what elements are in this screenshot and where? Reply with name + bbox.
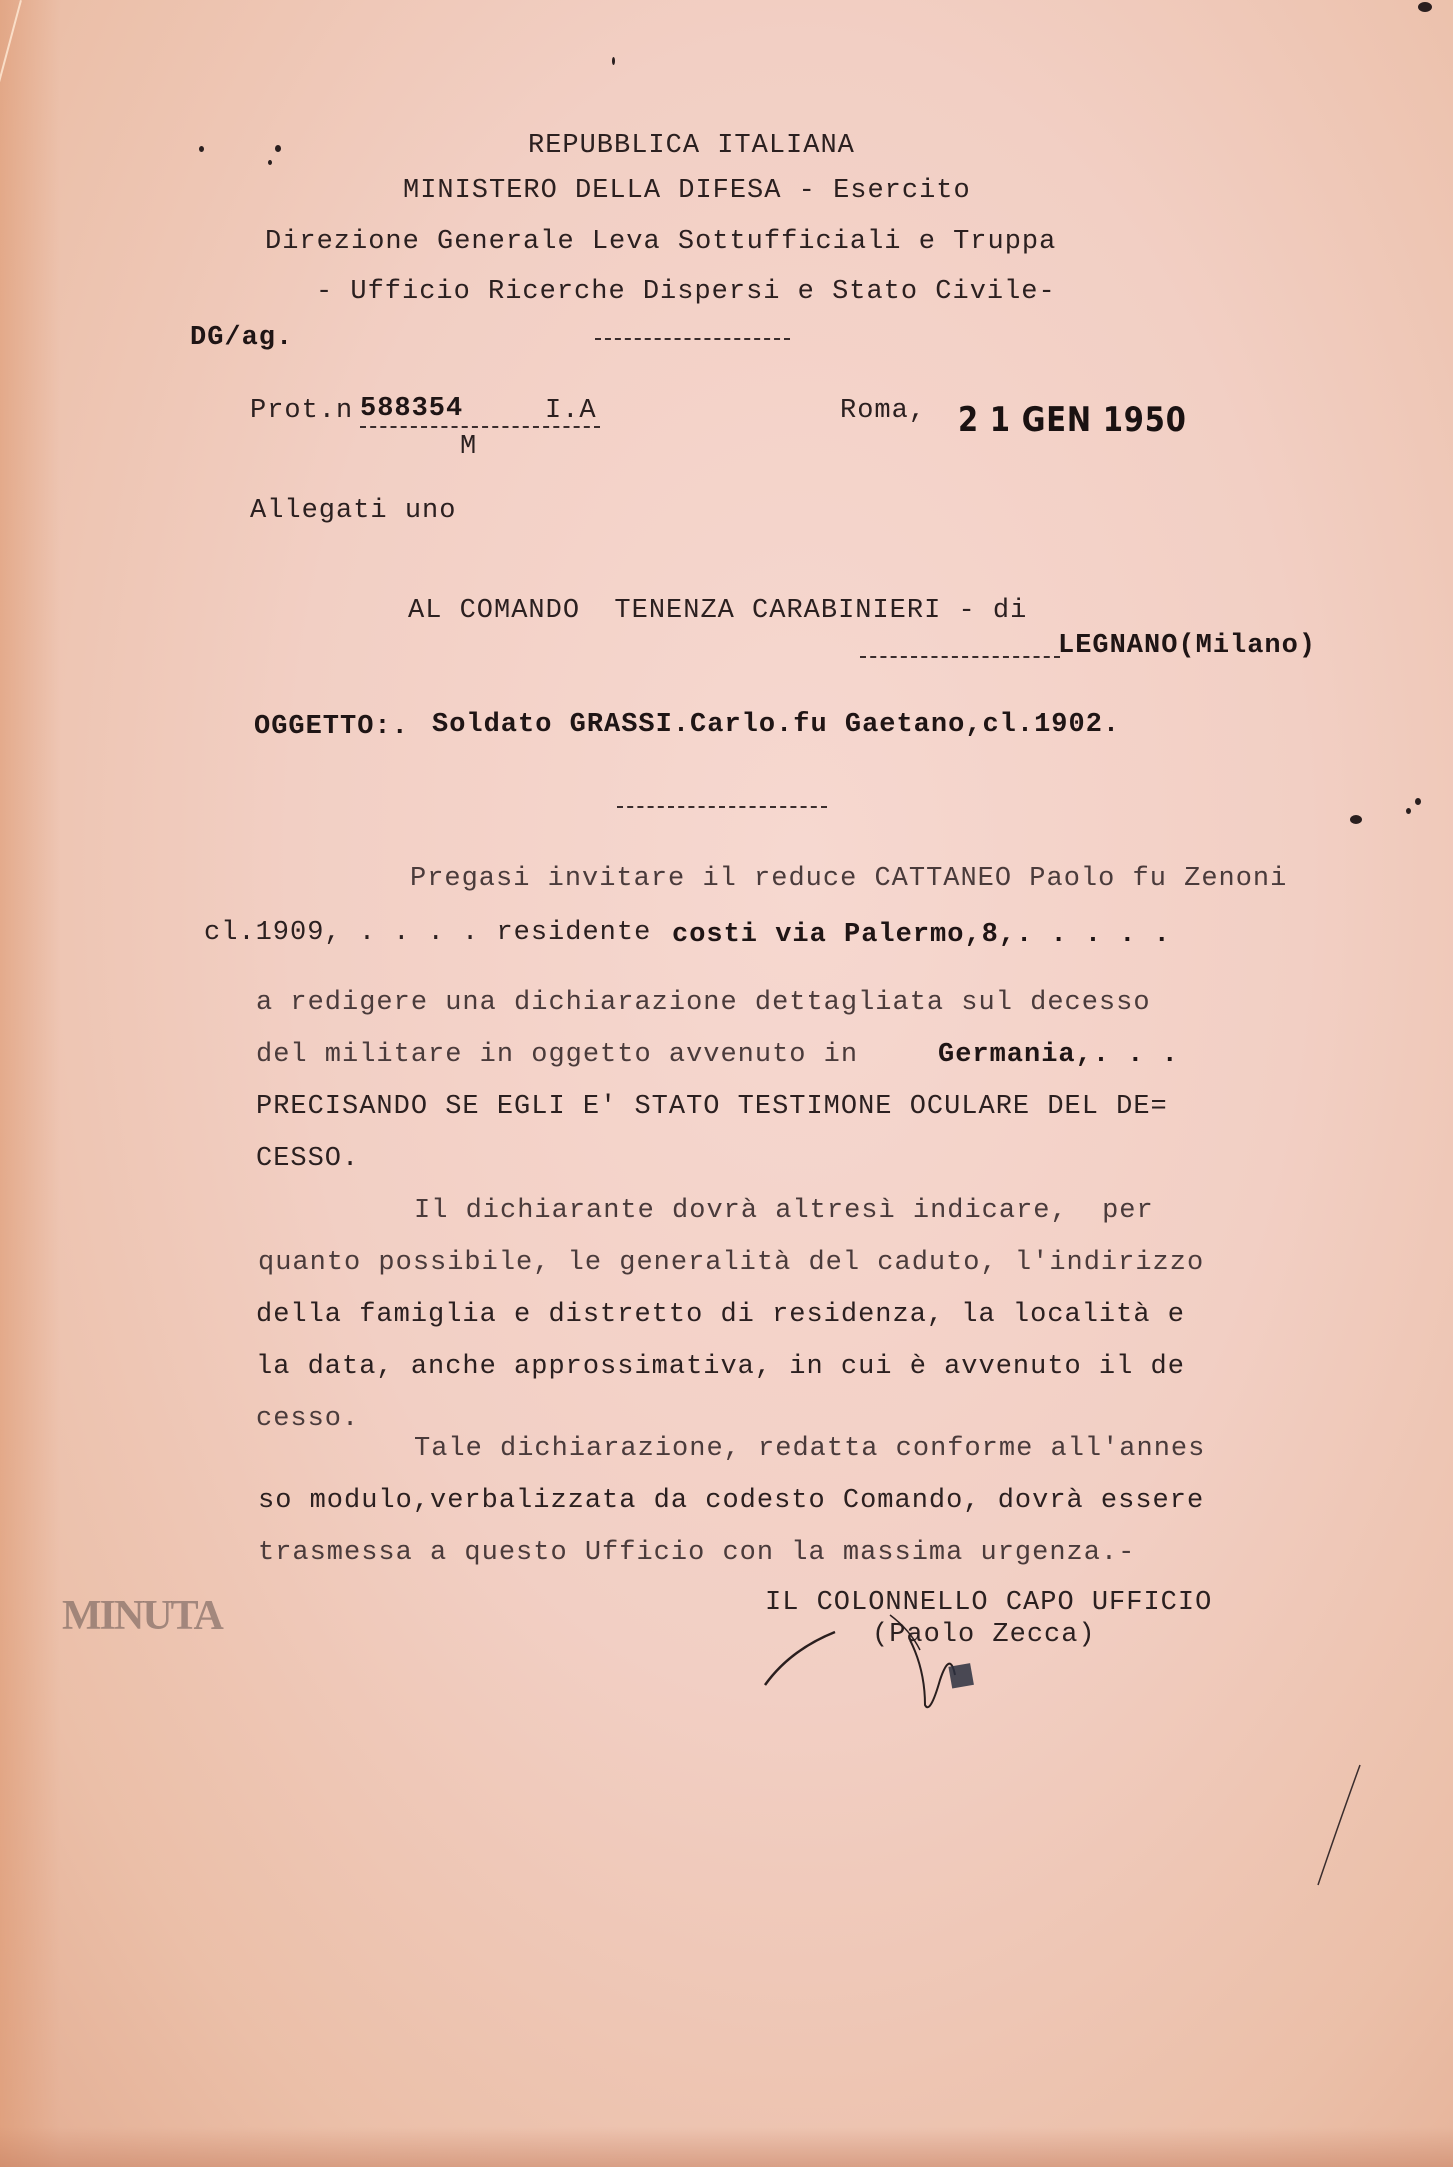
reference-code: DG/ag. — [190, 325, 293, 352]
subject-divider — [617, 806, 827, 808]
body-p1-line4: del militare in oggetto avvenuto in — [256, 1042, 858, 1069]
ink-speck — [1415, 798, 1421, 805]
protocol-number: 588354 — [360, 396, 463, 423]
body-p1-line1: Pregasi invitare il reduce CATTANEO Paol… — [410, 866, 1287, 893]
body-p1-line6: CESSO. — [256, 1146, 359, 1173]
ink-speck — [199, 146, 204, 152]
paper-crease — [0, 0, 22, 145]
recipient-line2: LEGNANO(Milano) — [1058, 633, 1316, 660]
date-place: Roma, — [840, 398, 926, 425]
recipient-line1: AL COMANDO TENENZA CARABINIERI - di — [408, 598, 1027, 625]
body-p3-line3: trasmessa a questo Ufficio con la massim… — [258, 1540, 1135, 1567]
subject-text: Soldato GRASSI.Carlo.fu Gaetano,cl.1902. — [432, 712, 1120, 739]
recipient-underline — [860, 656, 1060, 658]
body-p1-line2: cl.1909, . . . . residente — [204, 920, 651, 947]
body-p2-line1: Il dichiarante dovrà altresì indicare, p… — [414, 1198, 1154, 1225]
header-directorate: Direzione Generale Leva Sottufficiali e … — [265, 229, 1056, 256]
body-p1-line3: a redigere una dichiarazione dettagliata… — [256, 990, 1151, 1017]
protocol-underline — [360, 426, 600, 428]
handwritten-signature-icon — [750, 1610, 1090, 1720]
subject-label: OGGETTO:. — [254, 714, 409, 741]
body-p2-line5: cesso. — [256, 1406, 359, 1433]
body-p1-address: costi via Palermo,8,. . . . . — [672, 922, 1171, 949]
body-p2-line3: della famiglia e distretto di residenza,… — [256, 1302, 1185, 1329]
ink-speck — [1350, 815, 1362, 824]
ink-speck — [268, 160, 272, 165]
attachments: Allegati uno — [250, 498, 456, 525]
body-p2-line4: la data, anche approssimativa, in cui è … — [256, 1354, 1185, 1381]
body-p1-line5: PRECISANDO SE EGLI E' STATO TESTIMONE OC… — [256, 1094, 1168, 1121]
document-page: REPUBBLICA ITALIANA MINISTERO DELLA DIFE… — [0, 0, 1453, 2167]
body-p1-country: Germania,. . . — [938, 1042, 1179, 1069]
ink-speck — [1406, 808, 1411, 814]
ink-speck — [612, 57, 615, 65]
header-republic: REPUBBLICA ITALIANA — [528, 133, 855, 160]
body-p3-line1: Tale dichiarazione, redatta conforme all… — [414, 1436, 1205, 1463]
ink-speck — [1418, 2, 1432, 12]
minuta-stamp: MINUTA — [62, 1592, 222, 1640]
protocol-label: Prot.n — [250, 398, 353, 425]
header-ministry: MINISTERO DELLA DIFESA - Esercito — [403, 178, 971, 205]
protocol-sub: M — [460, 434, 477, 461]
protocol-suffix: I.A — [545, 398, 597, 425]
header-divider — [595, 338, 790, 340]
body-p3-line2: so modulo,verbalizzata da codesto Comand… — [258, 1488, 1204, 1515]
header-office: - Ufficio Ricerche Dispersi e Stato Civi… — [316, 279, 1056, 306]
ink-speck — [275, 145, 281, 152]
pencil-mark-icon — [1310, 1760, 1370, 1890]
date-stamp: 2 1 GEN 1950 — [958, 400, 1187, 440]
body-p2-line2: quanto possibile, le generalità del cadu… — [258, 1250, 1204, 1277]
